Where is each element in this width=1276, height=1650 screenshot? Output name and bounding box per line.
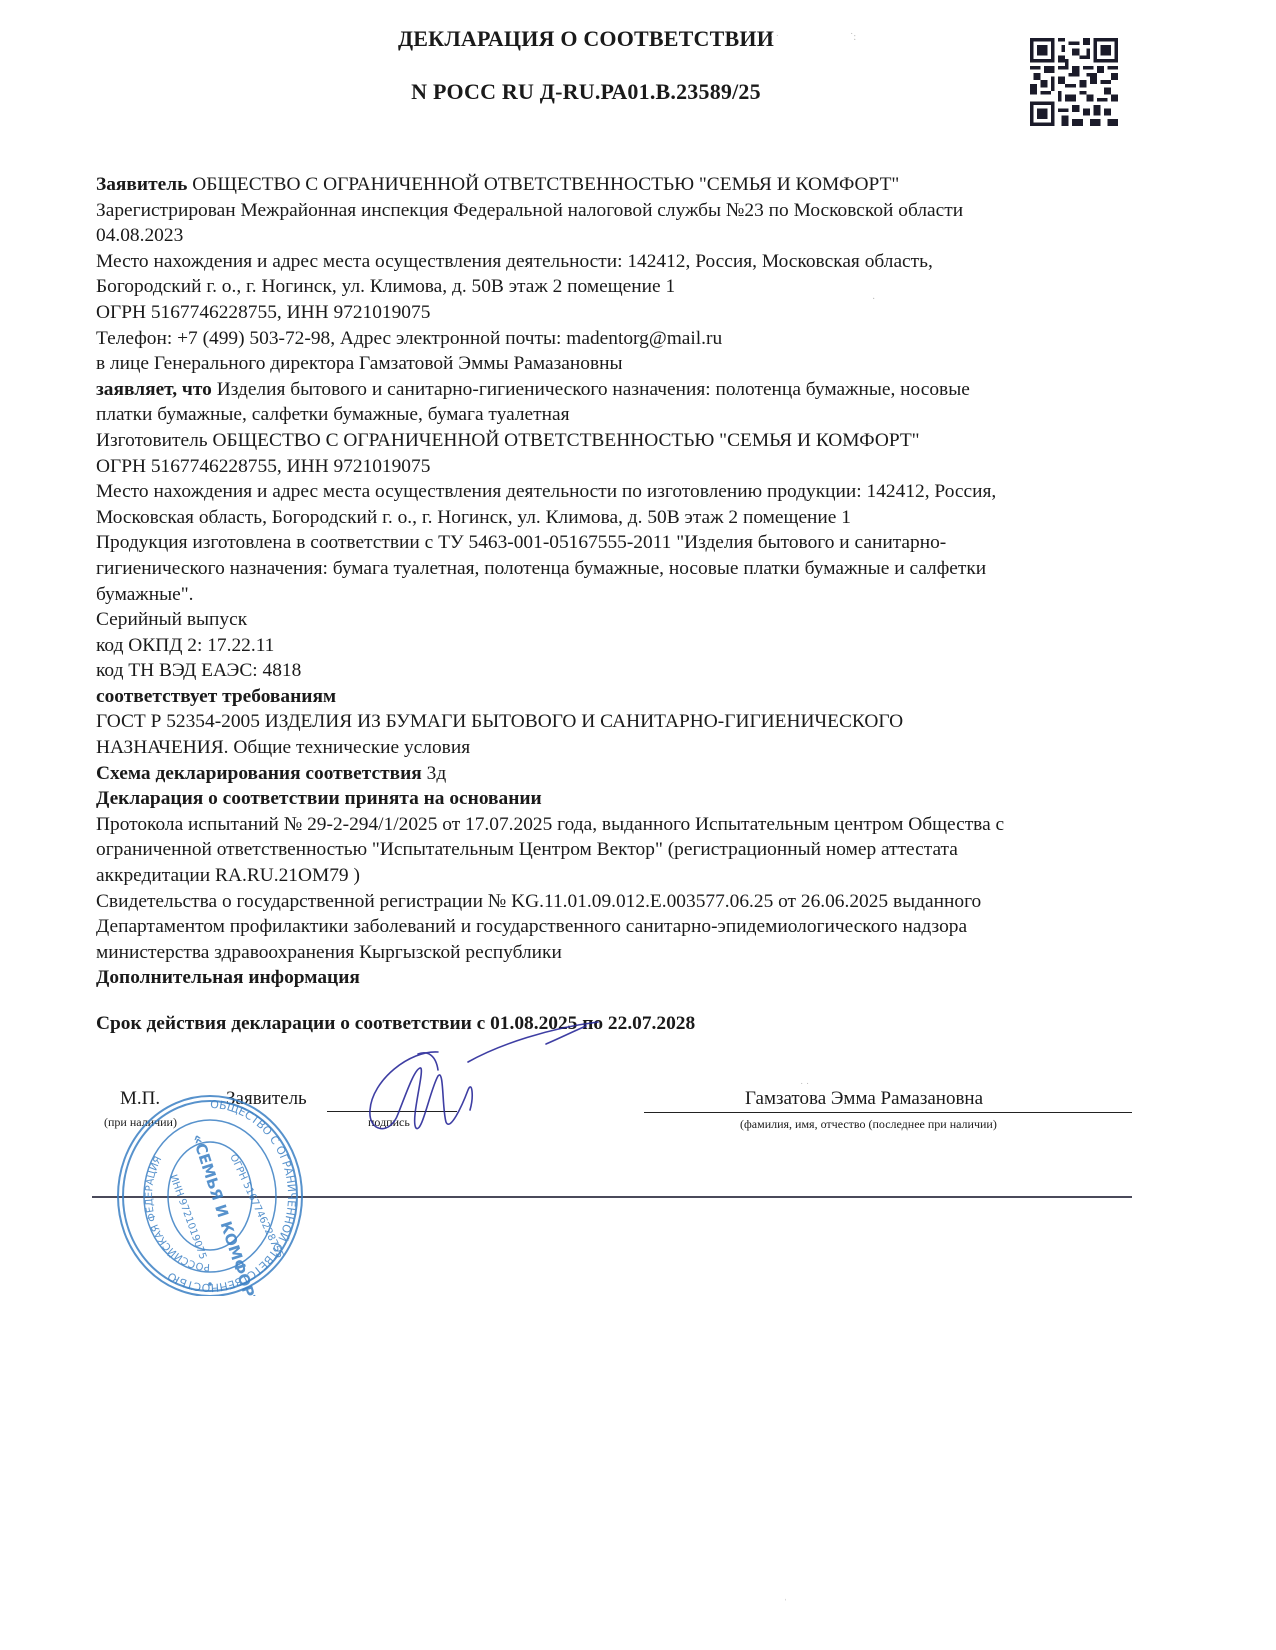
basis-certificate-3: министерства здравоохранения Кыргызской … — [96, 940, 1116, 966]
declares-label: заявляет, что — [96, 379, 212, 400]
applicant-label: Заявитель — [96, 174, 187, 195]
product-spec-2: гигиенического назначения: бумага туалет… — [96, 556, 1116, 582]
scan-speck: ˙: — [850, 32, 856, 43]
manufacturer-address-1: Место нахождения и адрес места осуществл… — [96, 479, 1116, 505]
declaration-body: Заявитель ОБЩЕСТВО С ОГРАНИЧЕННОЙ ОТВЕТС… — [96, 172, 1116, 1037]
applicant-line: Заявитель ОБЩЕСТВО С ОГРАНИЧЕННОЙ ОТВЕТС… — [96, 172, 1116, 198]
scan-speck: ⁚ ˙ — [770, 34, 779, 45]
basis-label: Декларация о соответствии принята на осн… — [96, 786, 1116, 812]
applicant-representative: в лице Генерального директора Гамзатовой… — [96, 351, 1116, 377]
product-description-2: платки бумажные, салфетки бумажные, бума… — [96, 402, 1116, 428]
requirements-standard-2: НАЗНАЧЕНИЯ. Общие технические условия — [96, 735, 1116, 761]
applicant-ogrn-inn: ОГРН 5167746228755, ИНН 9721019075 — [96, 300, 1116, 326]
manufacturer-address-2: Московская область, Богородский г. о., г… — [96, 505, 1116, 531]
scheme-line: Схема декларирования соответствия 3д — [96, 761, 1116, 787]
scan-speck: · — [872, 294, 875, 305]
signer-name: Гамзатова Эмма Рамазановна — [745, 1088, 983, 1110]
manufacturer-ogrn-inn: ОГРН 5167746228755, ИНН 9721019075 — [96, 454, 1116, 480]
scan-speck: ˌ — [784, 1590, 787, 1601]
manufacturer-name: Изготовитель ОБЩЕСТВО С ОГРАНИЧЕННОЙ ОТВ… — [96, 428, 1116, 454]
okpd2-code: код ОКПД 2: 17.22.11 — [96, 633, 1116, 659]
signer-name-sublabel: (фамилия, имя, отчество (последнее при н… — [740, 1117, 997, 1132]
basis-certificate-2: Департаментом профилактики заболеваний и… — [96, 914, 1116, 940]
basis-protocol-2: ограниченной ответственностью "Испытател… — [96, 837, 1116, 863]
declares-line: заявляет, что Изделия бытового и санитар… — [96, 377, 1116, 403]
product-description-1: Изделия бытового и санитарно-гигиеническ… — [217, 379, 970, 400]
company-stamp-icon: ОБЩЕСТВО С ОГРАНИЧЕННОЙ ОТВЕТСТВЕННОСТЬЮ… — [110, 1086, 310, 1296]
requirements-standard-1: ГОСТ Р 52354-2005 ИЗДЕЛИЯ ИЗ БУМАГИ БЫТО… — [96, 709, 1116, 735]
tnved-code: код ТН ВЭД ЕАЭС: 4818 — [96, 658, 1116, 684]
serial-release: Серийный выпуск — [96, 607, 1116, 633]
additional-info-label: Дополнительная информация — [96, 965, 1116, 991]
basis-certificate-1: Свидетельства о государственной регистра… — [96, 889, 1116, 915]
scheme-label: Схема декларирования соответствия — [96, 763, 422, 784]
applicant-name: ОБЩЕСТВО С ОГРАНИЧЕННОЙ ОТВЕТСТВЕННОСТЬЮ… — [192, 174, 899, 195]
applicant-contacts: Телефон: +7 (499) 503-72-98, Адрес элект… — [96, 326, 1116, 352]
basis-protocol-3: аккредитации RA.RU.21ОМ79 ) — [96, 863, 1116, 889]
handwritten-signature-icon — [350, 1010, 610, 1140]
signer-name-line — [644, 1112, 1132, 1113]
scheme-value: 3д — [427, 763, 447, 784]
product-spec-3: бумажные". — [96, 582, 1116, 608]
applicant-address-1: Место нахождения и адрес места осуществл… — [96, 249, 1116, 275]
applicant-address-2: Богородский г. о., г. Ногинск, ул. Климо… — [96, 274, 1116, 300]
requirements-label: соответствует требованиям — [96, 684, 1116, 710]
basis-protocol-1: Протокола испытаний № 29-2-294/1/2025 от… — [96, 812, 1116, 838]
product-spec-1: Продукция изготовлена в соответствии с Т… — [96, 530, 1116, 556]
applicant-registered: Зарегистрирован Межрайонная инспекция Фе… — [96, 198, 1116, 224]
qr-code-icon — [1030, 38, 1118, 126]
applicant-registered-date: 04.08.2023 — [96, 223, 1116, 249]
scan-speck: ˙ ˙ — [800, 1082, 809, 1093]
